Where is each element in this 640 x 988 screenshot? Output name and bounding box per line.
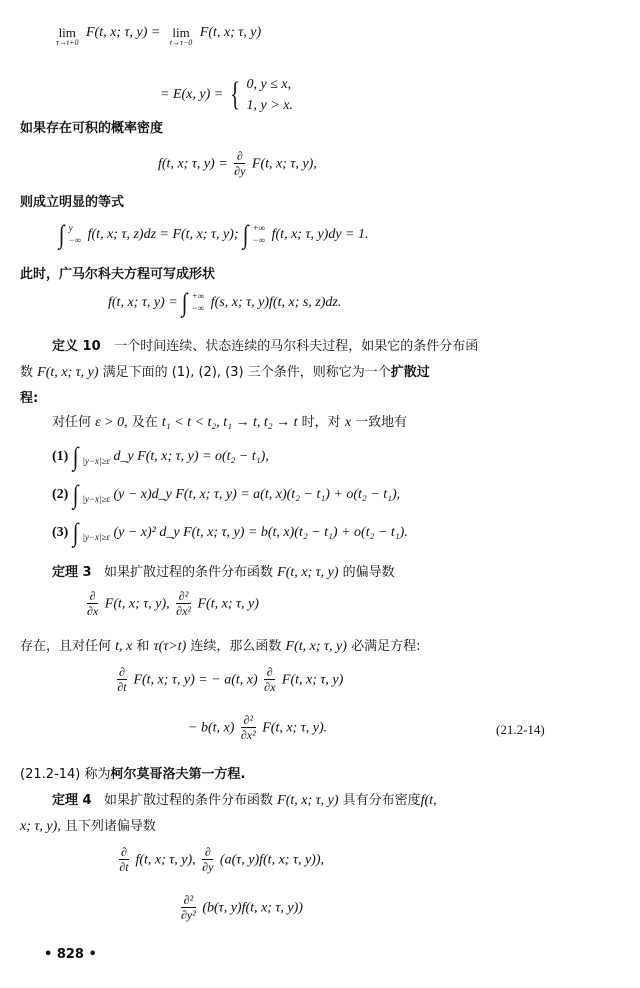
- ck-body: f(s, x; τ, y)f(t, x; s, z)dz.: [211, 295, 342, 310]
- frac-den: ∂x: [87, 604, 98, 618]
- text: 对任何: [52, 415, 91, 430]
- math: t₁ < t < t₂, t₁ → t, t₂ → t: [162, 415, 298, 430]
- frac-num: ∂: [87, 590, 98, 604]
- math: x: [345, 415, 351, 430]
- condition-body: d_y F(t, x; τ, y) = o(t₂ − t₁),: [113, 449, 268, 464]
- frac-den: ∂y: [202, 860, 213, 874]
- text: 时，对: [302, 415, 341, 430]
- partial-fraction: ∂∂t: [117, 666, 127, 695]
- frac-num: ∂²: [181, 894, 196, 908]
- expr: f(t, x; τ, y),: [135, 853, 195, 868]
- frac-den: ∂x: [264, 680, 275, 694]
- frac-den: ∂t: [117, 680, 127, 694]
- math: f(t,: [421, 793, 437, 808]
- upper-limit: +∞: [192, 291, 205, 303]
- integral-lower-limit: |y−x|≥ε: [82, 494, 110, 504]
- E-def-text: = E(x, y) =: [160, 87, 223, 102]
- paragraph-markov-equation: 此时，广马尔科夫方程可写成形状: [20, 268, 215, 281]
- text: 如果扩散过程的条件分布函数: [104, 793, 273, 808]
- page-number: • 828 •: [44, 948, 97, 961]
- expr: F(t, x; τ, y): [282, 673, 343, 688]
- step-function-definition: = E(x, y) = { 0, y ≤ x, 1, y > x.: [160, 74, 293, 116]
- partial-derivatives-theorem-3: ∂∂x F(t, x; τ, y), ∂²∂x² F(t, x; τ, y): [84, 590, 259, 619]
- equation-number: (21.2-14): [496, 722, 545, 738]
- expr: F(t, x; τ, y),: [105, 597, 170, 612]
- expr: F(t, x; τ, y).: [262, 721, 327, 736]
- expr: (b(τ, y)f(t, x; τ, y)): [202, 901, 303, 916]
- text: 存在，且对任何: [20, 639, 111, 654]
- frac-num: ∂²: [176, 590, 191, 604]
- frac-den: ∂y²: [181, 908, 196, 922]
- expr: − b(t, x): [188, 721, 234, 736]
- definition-math: F(t, x; τ, y): [37, 365, 98, 380]
- math: t, x: [115, 639, 132, 654]
- cases-block: 0, y ≤ x, 1, y > x.: [247, 74, 293, 116]
- conditions-intro: 对任何 ε > 0, 及在 t₁ < t < t₂, t₁ → t, t₂ → …: [52, 416, 407, 430]
- lim-right-expr: F(t, x; τ, y): [200, 25, 261, 40]
- lim-operator-right: lim t→τ−0: [170, 26, 192, 47]
- text: (21.2-14) 称为: [20, 767, 110, 782]
- integral-lower-limit: |y−x|≥ε: [82, 456, 110, 466]
- kolmogorov-first-equation-note: (21.2-14) 称为柯尔莫哥洛夫第一方程.: [20, 768, 245, 781]
- upper-limit: y: [69, 223, 82, 235]
- integral-sign-icon: ∫: [73, 482, 79, 508]
- definition-text: 一个时间连续、状态连续的马尔科夫过程，如果它的条件分布函: [114, 339, 478, 354]
- partial-fraction: ∂²∂x²: [176, 590, 191, 619]
- integral-identities: ∫ y−∞ f(t, x; τ, z)dz = F(t, x; τ, y); ∫…: [58, 222, 369, 248]
- condition-label: (1): [52, 449, 68, 464]
- lim-subscript: t→τ−0: [170, 39, 192, 47]
- frac-num: ∂²: [241, 714, 256, 728]
- case-1: 0, y ≤ x,: [247, 74, 293, 95]
- integral-1-body: f(t, x; τ, z)dz = F(t, x; τ, y);: [88, 227, 239, 242]
- condition-label: (2): [52, 487, 68, 502]
- condition-body: (y − x)² d_y F(t, x; τ, y) = b(t, x)(t₂ …: [113, 525, 407, 540]
- integral-sign-icon: ∫: [73, 520, 79, 546]
- partial-fraction: ∂∂y: [202, 846, 213, 875]
- definition-term: 扩散过: [391, 365, 430, 380]
- lower-limit: −∞: [192, 303, 205, 315]
- theorem-label: 定理 4: [52, 793, 92, 808]
- partial-fraction: ∂²∂y²: [181, 894, 196, 923]
- frac-num: ∂: [234, 150, 245, 164]
- integral-limits: +∞−∞: [192, 291, 205, 314]
- lim-operator-left: lim τ→t+0: [56, 26, 78, 47]
- frac-num: ∂: [202, 846, 213, 860]
- condition-label: (3): [52, 525, 68, 540]
- integral-sign-icon: ∫: [243, 222, 249, 248]
- paragraph-density: 如果存在可积的概率密度: [20, 122, 163, 135]
- left-brace-icon: {: [230, 78, 240, 112]
- expr: (a(τ, y)f(t, x; τ, y)),: [220, 853, 324, 868]
- theorem-4-line-1: 定理 4 如果扩散过程的条件分布函数 F(t, x; τ, y) 具有分布密度f…: [52, 794, 437, 808]
- condition-2: (2) ∫ |y−x|≥ε (y − x)d_y F(t, x; τ, y) =…: [52, 482, 400, 508]
- expr: F(t, x; τ, y) = − a(t, x): [133, 673, 257, 688]
- term: 柯尔莫哥洛夫第一方程.: [110, 767, 245, 782]
- condition-body: (y − x)d_y F(t, x; τ, y) = a(t, x)(t₂ − …: [113, 487, 400, 502]
- fokker-planck-derivatives-line-2: ∂²∂y² (b(τ, y)f(t, x; τ, y)): [178, 894, 303, 923]
- theorem-4-line-2: x; τ, y), 且下列诸偏导数: [20, 820, 156, 834]
- text: 的偏导数: [343, 565, 395, 580]
- text: 和: [136, 639, 149, 654]
- integral-lower-limit: |y−x|≥ε: [82, 532, 110, 542]
- math: x; τ, y),: [20, 819, 61, 834]
- definition-10-line-2: 数 F(t, x; τ, y) 满足下面的 (1), (2), (3) 三个条件…: [20, 366, 430, 380]
- text: 且下列诸偏导数: [65, 819, 156, 834]
- partial-fraction: ∂∂x: [264, 666, 275, 695]
- text: 一致地有: [355, 415, 407, 430]
- chapman-kolmogorov-equation: f(t, x; τ, y) = ∫ +∞−∞ f(s, x; τ, y)f(t,…: [108, 290, 341, 316]
- math: F(t, x; τ, y): [277, 793, 338, 808]
- definition-10-line-3: 程:: [20, 392, 38, 405]
- ck-lhs: f(t, x; τ, y) =: [108, 295, 178, 310]
- frac-den: ∂y: [234, 164, 245, 178]
- text: 必满足方程:: [351, 639, 420, 654]
- text: 具有分布密度: [343, 793, 421, 808]
- math: F(t, x; τ, y): [286, 639, 347, 654]
- kolmogorov-backward-line-1: ∂∂t F(t, x; τ, y) = − a(t, x) ∂∂x F(t, x…: [114, 666, 343, 695]
- partial-fraction: ∂²∂x²: [241, 714, 256, 743]
- math: F(t, x; τ, y): [277, 565, 338, 580]
- frac-num: ∂: [117, 666, 127, 680]
- definition-label: 定义 10: [52, 339, 101, 354]
- lower-limit: −∞: [253, 235, 266, 247]
- frac-num: ∂: [119, 846, 129, 860]
- limit-equation: lim τ→t+0 F(t, x; τ, y) = lim t→τ−0 F(t,…: [56, 26, 261, 47]
- partial-fraction: ∂∂x: [87, 590, 98, 619]
- density-lhs: f(t, x; τ, y) =: [158, 157, 228, 172]
- upper-limit: +∞: [253, 223, 266, 235]
- theorem-3-line-1: 定理 3 如果扩散过程的条件分布函数 F(t, x; τ, y) 的偏导数: [52, 566, 395, 580]
- math: τ(τ>t): [154, 639, 187, 654]
- theorem-label: 定理 3: [52, 565, 92, 580]
- condition-3: (3) ∫ |y−x|≥ε (y − x)² d_y F(t, x; τ, y)…: [52, 520, 408, 546]
- definition-text: 数: [20, 365, 33, 380]
- integral-2-body: f(t, x; τ, y)dy = 1.: [272, 227, 369, 242]
- case-2: 1, y > x.: [247, 95, 293, 116]
- frac-den: ∂x²: [176, 604, 191, 618]
- frac-den: ∂t: [119, 860, 129, 874]
- integral-sign-icon: ∫: [73, 444, 79, 470]
- math: ε > 0,: [95, 415, 127, 430]
- text: 连续，那么函数: [190, 639, 281, 654]
- definition-text: 满足下面的 (1), (2), (3) 三个条件，则称它为一个: [103, 365, 391, 380]
- integral-sign-icon: ∫: [59, 222, 65, 248]
- lim-subscript: τ→t+0: [56, 39, 78, 47]
- partial-fraction: ∂∂t: [119, 846, 129, 875]
- integral-limits: y−∞: [69, 223, 82, 246]
- paragraph-identity: 则成立明显的等式: [20, 196, 124, 209]
- condition-1: (1) ∫ |y−x|≥ε d_y F(t, x; τ, y) = o(t₂ −…: [52, 444, 269, 470]
- kolmogorov-backward-line-2: − b(t, x) ∂²∂x² F(t, x; τ, y).: [188, 714, 327, 743]
- text: 如果扩散过程的条件分布函数: [104, 565, 273, 580]
- expr: F(t, x; τ, y): [198, 597, 259, 612]
- theorem-3-line-2: 存在，且对任何 t, x 和 τ(τ>t) 连续，那么函数 F(t, x; τ,…: [20, 640, 420, 654]
- density-equation: f(t, x; τ, y) = ∂ ∂y F(t, x; τ, y),: [158, 150, 317, 179]
- frac-num: ∂: [264, 666, 275, 680]
- frac-den: ∂x²: [241, 728, 256, 742]
- definition-10-line-1: 定义 10 一个时间连续、状态连续的马尔科夫过程，如果它的条件分布函: [52, 340, 478, 353]
- fokker-planck-derivatives-line-1: ∂∂t f(t, x; τ, y), ∂∂y (a(τ, y)f(t, x; τ…: [116, 846, 324, 875]
- integral-limits: +∞−∞: [253, 223, 266, 246]
- partial-fraction: ∂ ∂y: [234, 150, 245, 179]
- lim-left-expr: F(t, x; τ, y) =: [86, 25, 160, 40]
- density-rhs: F(t, x; τ, y),: [252, 157, 317, 172]
- text: 及在: [132, 415, 158, 430]
- integral-sign-icon: ∫: [182, 290, 188, 316]
- lower-limit: −∞: [69, 235, 82, 247]
